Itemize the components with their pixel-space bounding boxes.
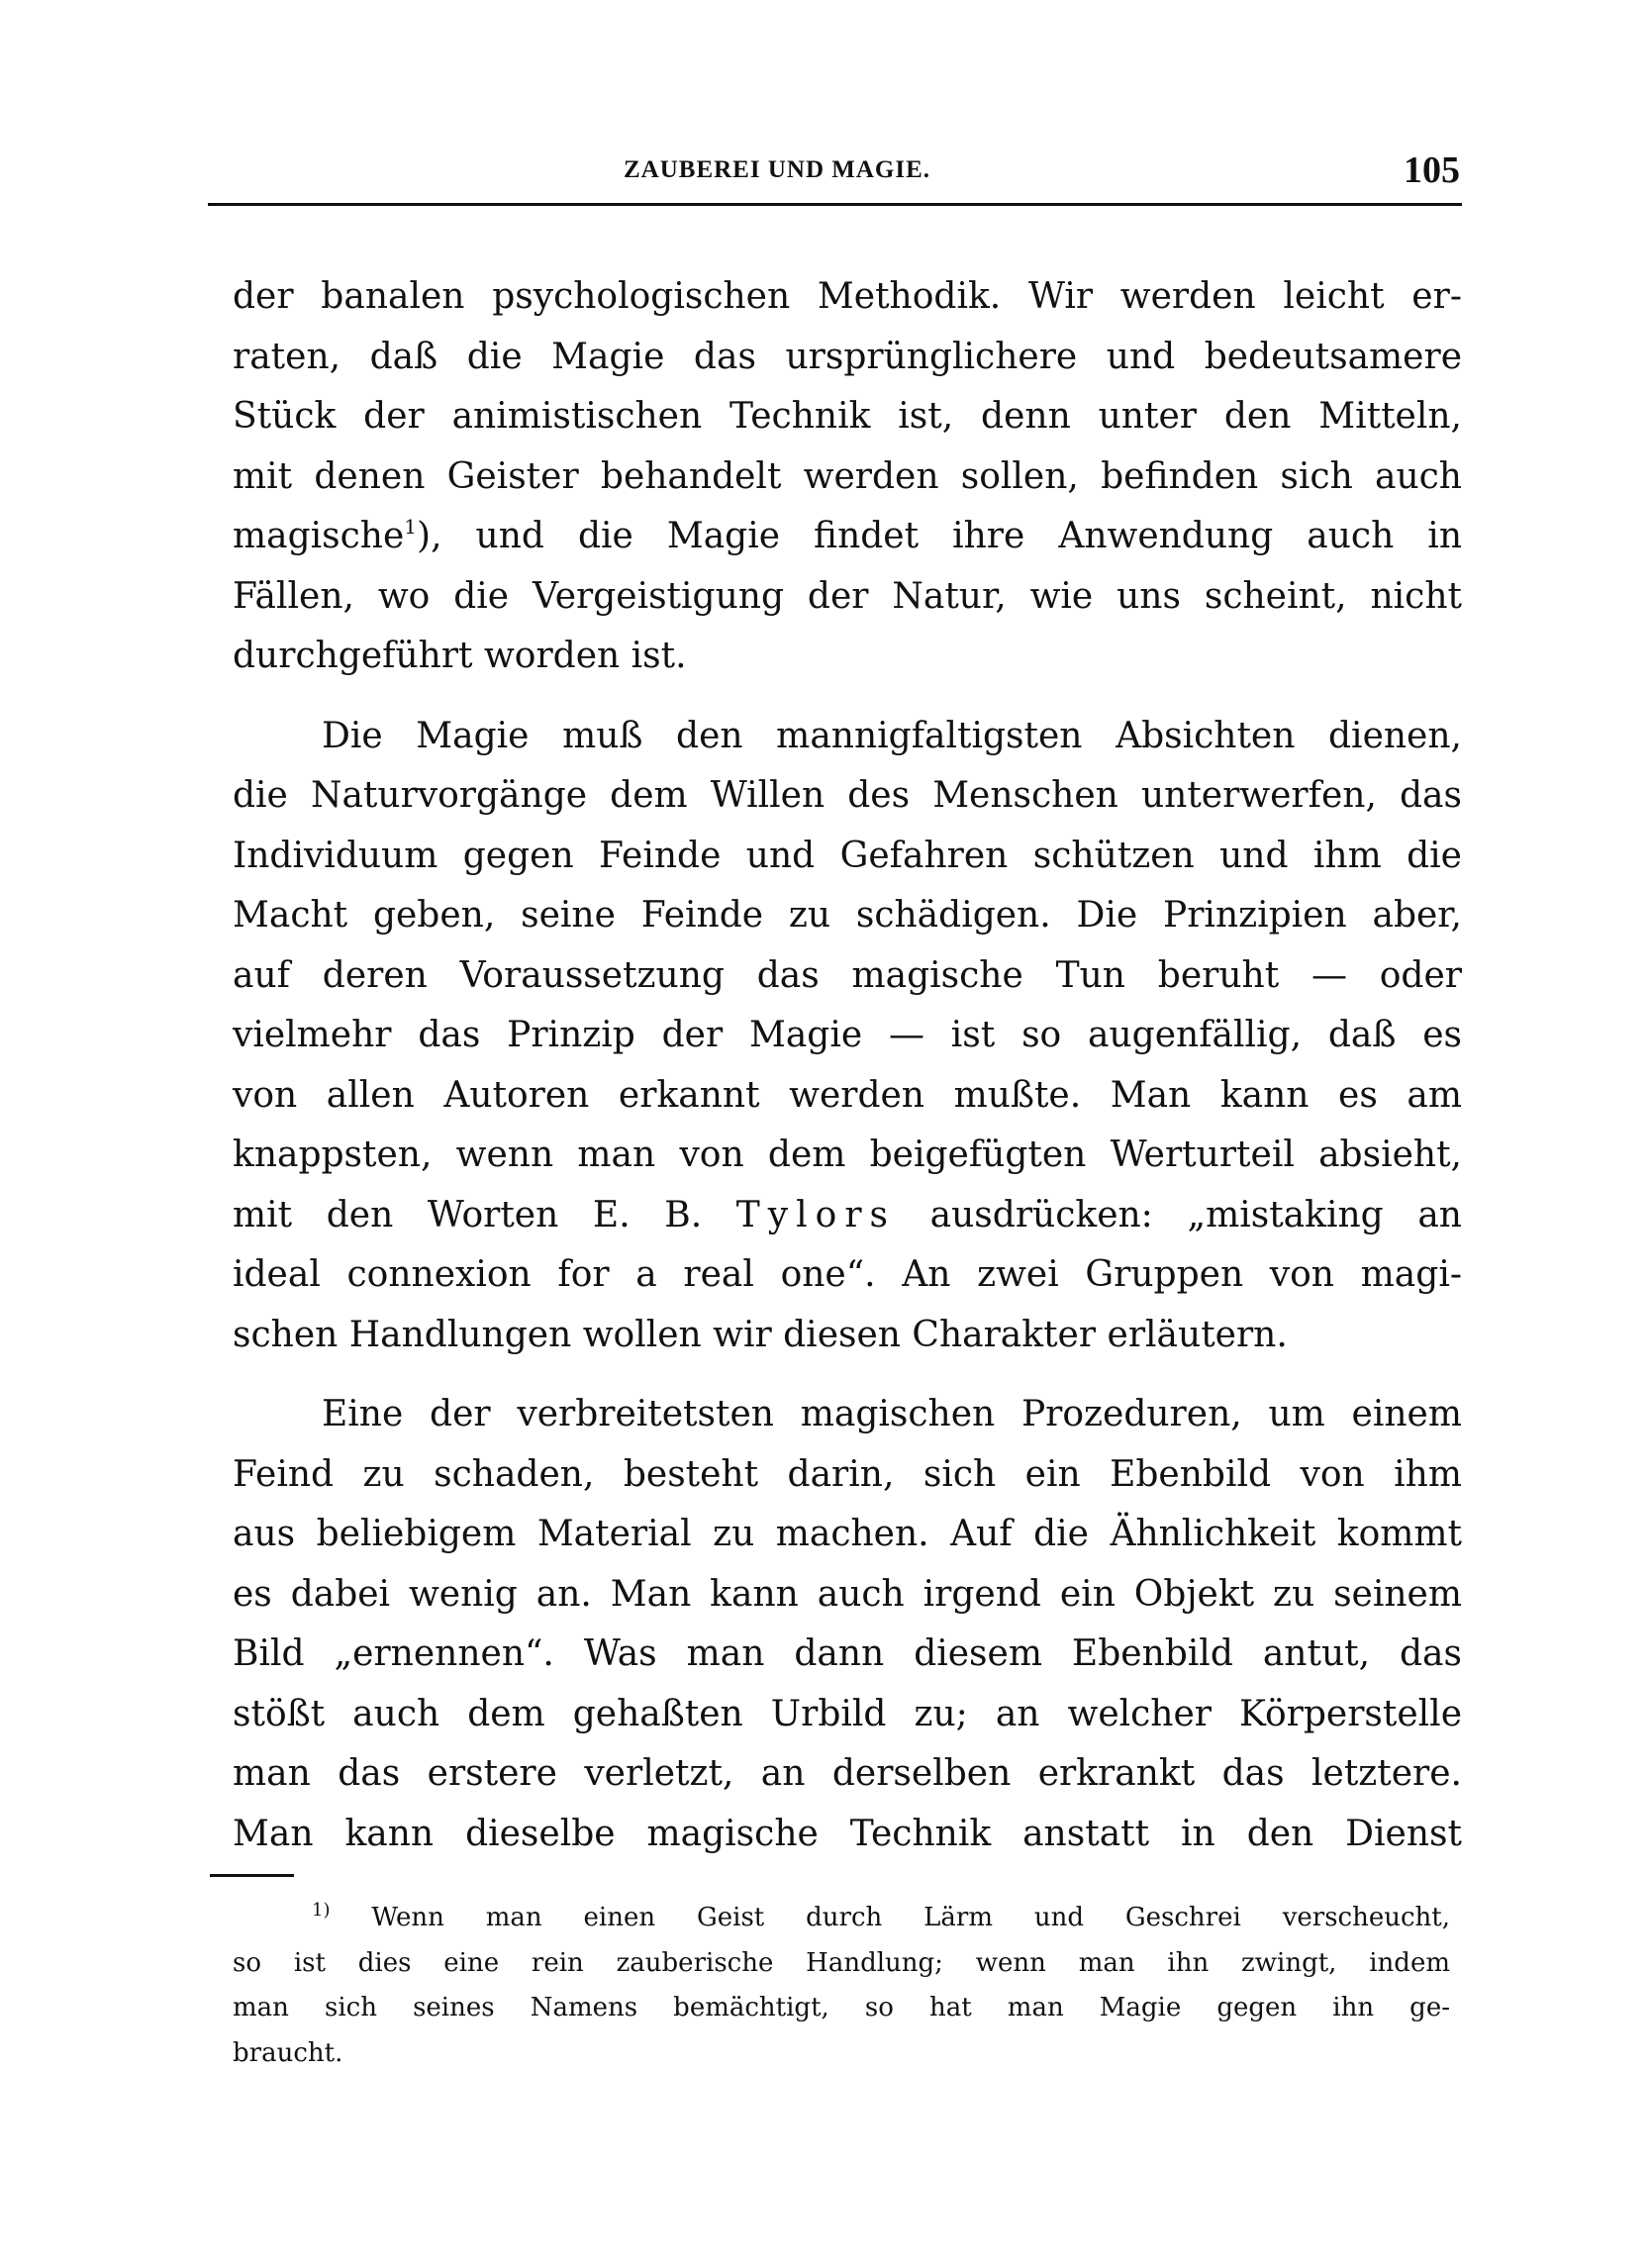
footnote-1: 1) Wenn man einen Geist durch Lärm und G… xyxy=(233,1896,1450,2076)
text-line: man das erstere verletzt, an derselben e… xyxy=(233,1744,1462,1805)
text-line: braucht. xyxy=(233,2031,1450,2077)
text-fragment: ausdrücken: „mistaking an xyxy=(930,1195,1462,1235)
text-line: Fällen, wo die Vergeistigung der Natur, … xyxy=(233,567,1462,628)
text-line: Bild „ernennen“. Was man dann diesem Ebe… xyxy=(233,1625,1462,1685)
text-line: es dabei wenig an. Man kann auch irgend … xyxy=(233,1565,1462,1626)
text-line: schen Handlungen wollen wir diesen Chara… xyxy=(233,1306,1462,1366)
text-line: vielmehr das Prinzip der Magie — ist so … xyxy=(233,1006,1462,1066)
text-line: Macht geben, seine Feinde zu schädigen. … xyxy=(233,886,1462,946)
text-fragment: Wenn man einen Geist durch Lärm und Gesc… xyxy=(371,1903,1450,1932)
paragraph-1: der banalen psychologischen Methodik. Wi… xyxy=(233,267,1462,687)
header-rule xyxy=(208,203,1462,206)
text-line: so ist dies eine rein zauberische Handlu… xyxy=(233,1941,1450,1987)
text-line: Eine der verbreitetsten magischen Prozed… xyxy=(233,1385,1462,1445)
text-fragment: ), und die Magie findet ihre Anwendung a… xyxy=(417,516,1462,556)
text-line: mit denen Geister behandelt werden solle… xyxy=(233,447,1462,508)
text-line: Die Magie muß den mannigfaltigsten Absic… xyxy=(233,707,1462,767)
text-line: knappsten, wenn man von dem beigefügten … xyxy=(233,1126,1462,1186)
text-line: 1) Wenn man einen Geist durch Lärm und G… xyxy=(233,1896,1450,1941)
text-line: durchgeführt worden ist. xyxy=(233,627,1462,687)
text-line: Individuum gegen Feinde und Gefahren sch… xyxy=(233,827,1462,887)
text-line: Man kann dieselbe magische Technik ansta… xyxy=(233,1805,1462,1865)
text-fragment: magische xyxy=(233,516,404,556)
footnote-reference[interactable]: 1 xyxy=(404,515,417,539)
running-title: ZAUBEREI UND MAGIE. xyxy=(624,156,930,184)
text-line: magische1), und die Magie findet ihre An… xyxy=(233,507,1462,567)
author-name-spaced: Tylors xyxy=(736,1195,896,1235)
text-line: die Naturvorgänge dem Willen des Mensche… xyxy=(233,766,1462,827)
text-line: Feind zu schaden, besteht darin, sich ei… xyxy=(233,1445,1462,1506)
text-line: auf deren Voraussetzung das magische Tun… xyxy=(233,946,1462,1007)
footnotes: 1) Wenn man einen Geist durch Lärm und G… xyxy=(233,1896,1450,2076)
footnote-rule xyxy=(210,1874,294,1877)
text-line: der banalen psychologischen Methodik. Wi… xyxy=(233,267,1462,328)
text-line: man sich seines Namens bemächtigt, so ha… xyxy=(233,1986,1450,2031)
text-line: von allen Autoren erkannt werden mußte. … xyxy=(233,1066,1462,1127)
text-line: Stück der animistischen Technik ist, den… xyxy=(233,387,1462,447)
paragraph-gap xyxy=(233,687,1462,707)
footnote-marker: 1) xyxy=(312,1900,330,1921)
paragraph-2: Die Magie muß den mannigfaltigsten Absic… xyxy=(233,707,1462,1366)
text-fragment: mit den Worten E. B. xyxy=(233,1195,702,1235)
paragraph-gap xyxy=(233,1365,1462,1385)
text-line: stößt auch dem gehaßten Urbild zu; an we… xyxy=(233,1685,1462,1745)
text-line: aus beliebigem Material zu machen. Auf d… xyxy=(233,1505,1462,1565)
page-header: ZAUBEREI UND MAGIE. 105 xyxy=(0,156,1651,196)
text-line: ideal connexion for a real one“. An zwei… xyxy=(233,1245,1462,1306)
text-line: mit den Worten E. B. Tylors ausdrücken: … xyxy=(233,1186,1462,1246)
text-line: raten, daß die Magie das ursprünglichere… xyxy=(233,328,1462,388)
paragraph-3: Eine der verbreitetsten magischen Prozed… xyxy=(233,1385,1462,1864)
body-text: der banalen psychologischen Methodik. Wi… xyxy=(233,267,1462,1864)
page-number: 105 xyxy=(1404,148,1460,192)
